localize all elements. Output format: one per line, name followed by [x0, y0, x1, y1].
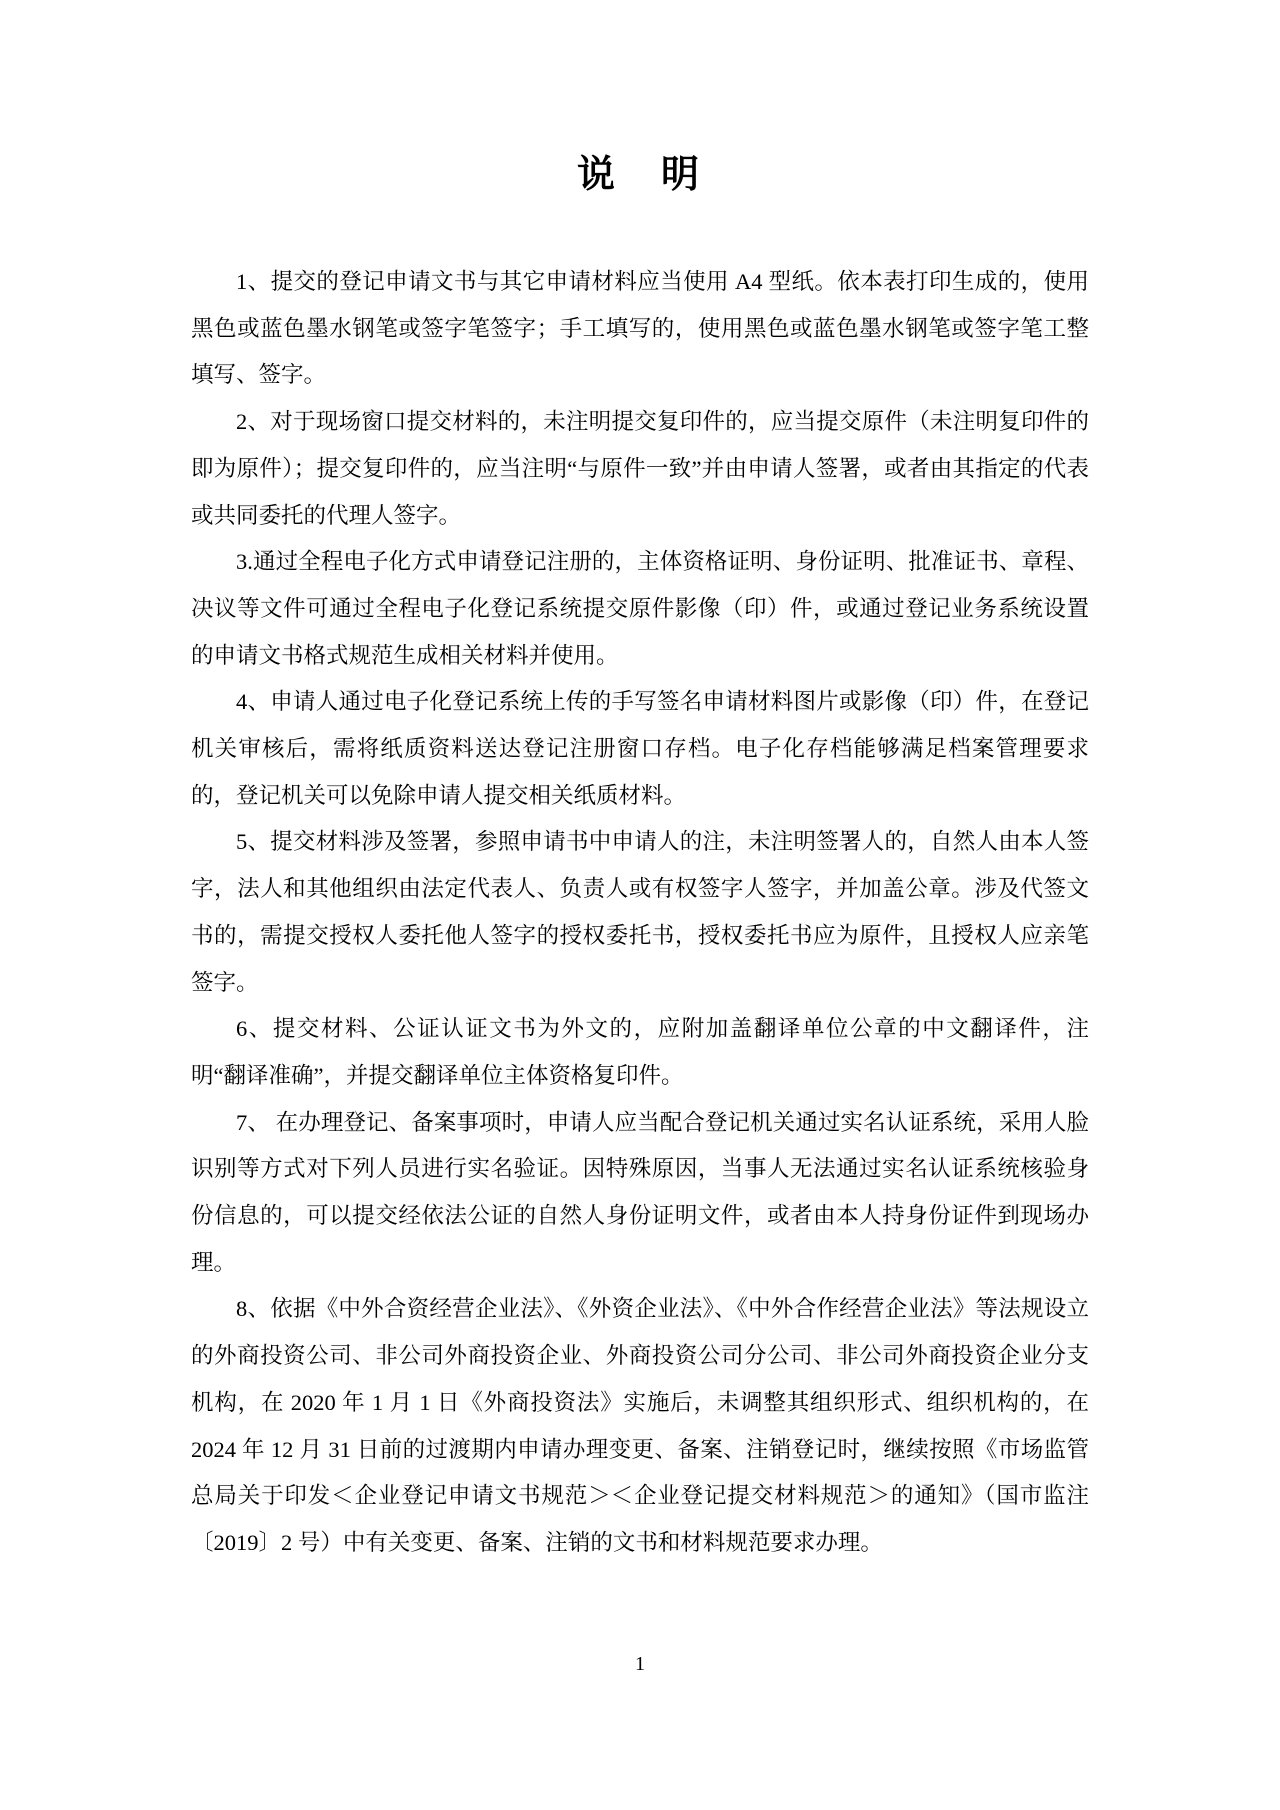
document-page: 说 明 1、提交的登记申请文书与其它申请材料应当使用 A4 型纸。依本表打印生成…: [0, 0, 1280, 1810]
page-footer: 1: [0, 1653, 1280, 1676]
paragraph-5: 5、提交材料涉及签署，参照申请书中申请人的注，未注明签署人的，自然人由本人签字，…: [191, 819, 1089, 1006]
paragraph-1: 1、提交的登记申请文书与其它申请材料应当使用 A4 型纸。依本表打印生成的，使用…: [191, 259, 1089, 399]
paragraph-7: 7、 在办理登记、备案事项时，申请人应当配合登记机关通过实名认证系统，采用人脸识…: [191, 1100, 1089, 1287]
paragraph-2: 2、对于现场窗口提交材料的，未注明提交复印件的，应当提交原件（未注明复印件的即为…: [191, 399, 1089, 539]
page-title: 说 明: [0, 0, 1280, 197]
paragraph-4: 4、申请人通过电子化登记系统上传的手写签名申请材料图片或影像（印）件，在登记机关…: [191, 679, 1089, 819]
paragraph-8: 8、依据《中外合资经营企业法》、《外资企业法》、《中外合作经营企业法》等法规设立…: [191, 1286, 1089, 1566]
paragraph-6: 6、提交材料、公证认证文书为外文的，应附加盖翻译单位公章的中文翻译件，注明“翻译…: [191, 1006, 1089, 1099]
paragraph-3: 3.通过全程电子化方式申请登记注册的，主体资格证明、身份证明、批准证书、章程、决…: [191, 539, 1089, 679]
document-body: 1、提交的登记申请文书与其它申请材料应当使用 A4 型纸。依本表打印生成的，使用…: [191, 259, 1089, 1567]
page-number: 1: [635, 1653, 645, 1675]
